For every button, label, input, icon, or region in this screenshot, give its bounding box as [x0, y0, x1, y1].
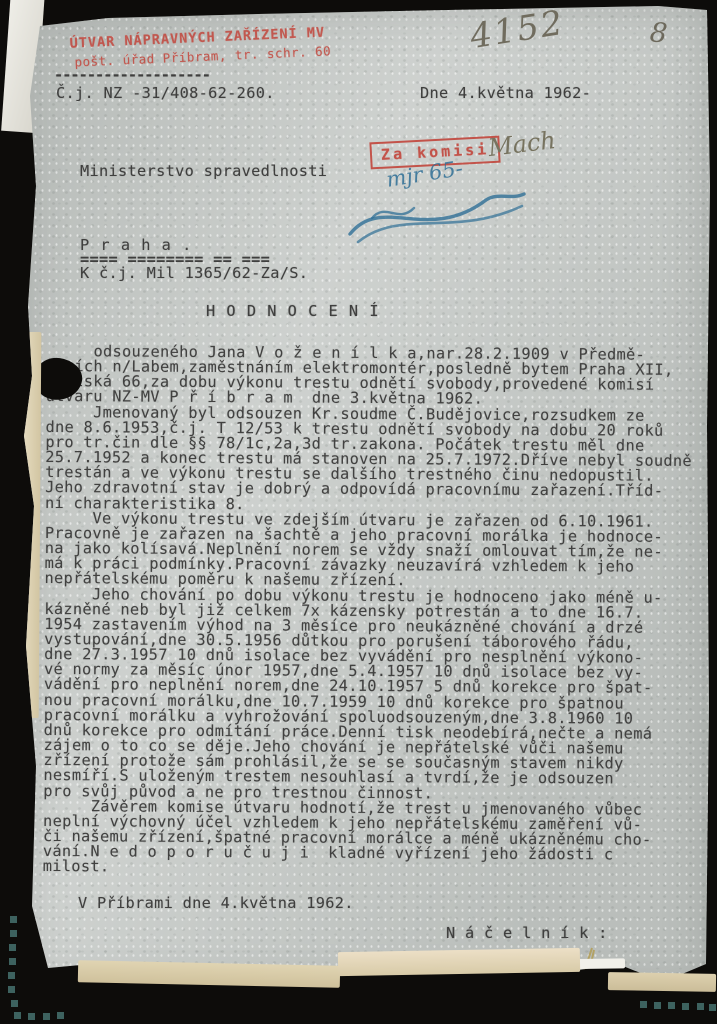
film-marker-dot	[57, 1012, 64, 1019]
film-marker-dot	[10, 930, 17, 937]
film-marker-dot	[43, 1013, 50, 1020]
tape-strip-left	[19, 332, 42, 718]
document-title: H O D N O C E N Í	[206, 304, 380, 319]
office-rubber-stamp: ÚTVAR NÁPRAVNÝCH ZAŘÍZENÍ MV pošt. úřad …	[69, 24, 331, 69]
film-marker-dot	[709, 1004, 716, 1011]
film-marker-dot	[9, 958, 16, 965]
tape-strip-bottom-left	[78, 960, 340, 987]
typed-dash-rule: -------------------	[54, 68, 210, 83]
film-marker-dot	[14, 1012, 21, 1019]
handwritten-corner-number: 4152	[467, 3, 567, 57]
document-date: Dne 4.května 1962-	[420, 86, 591, 101]
film-marker-dot	[10, 916, 17, 923]
film-marker-dot	[8, 986, 15, 993]
recipient-line: Ministerstvo spravedlnosti	[80, 164, 327, 179]
film-marker-dot	[682, 1003, 689, 1010]
archival-scan: ÚTVAR NÁPRAVNÝCH ZAŘÍZENÍ MV pošt. úřad …	[0, 0, 717, 1024]
pencil-annotation: Mach	[487, 126, 558, 162]
case-reference: K č.j. Mil 1365/62-Za/S.	[80, 266, 308, 281]
tape-strip-bottom-right	[608, 972, 716, 992]
paragraph: Jeho chování po dobu výkonu trestu je ho…	[43, 586, 706, 802]
film-marker-dot	[8, 972, 15, 979]
film-marker-dot	[668, 1002, 675, 1009]
film-marker-dot	[11, 1000, 18, 1007]
handwritten-page-number: 8	[648, 17, 668, 50]
film-marker-dot	[697, 1003, 704, 1010]
paragraph: odsouzeného Jana V o ž e n í l k a,nar.2…	[46, 344, 708, 409]
paragraph: Závěrem komise útvaru hodnotí,že trest u…	[43, 799, 705, 879]
document-sheet: ÚTVAR NÁPRAVNÝCH ZAŘÍZENÍ MV pošt. úřad …	[18, 6, 710, 992]
film-marker-dot	[640, 1001, 647, 1008]
body-text: odsouzeného Jana V o ž e n í l k a,nar.2…	[43, 344, 708, 879]
tape-strip-bottom-middle	[338, 948, 580, 976]
film-marker-dot	[654, 1002, 661, 1009]
blue-ink-signature	[336, 184, 546, 250]
film-marker-dot	[28, 1013, 35, 1020]
place-and-date: V Příbrami dne 4.května 1962.	[78, 896, 354, 911]
paragraph: Jmenovaný byl odsouzen Kr.soudme Č.Buděj…	[45, 405, 708, 515]
reference-number: Č.j. NZ -31/408-62-260.	[56, 86, 275, 101]
paragraph: Ve výkonu trestu ve zdejším útvaru je za…	[45, 511, 707, 591]
signature-title: N á č e l n í k :	[446, 926, 608, 941]
film-marker-dot	[9, 944, 16, 951]
